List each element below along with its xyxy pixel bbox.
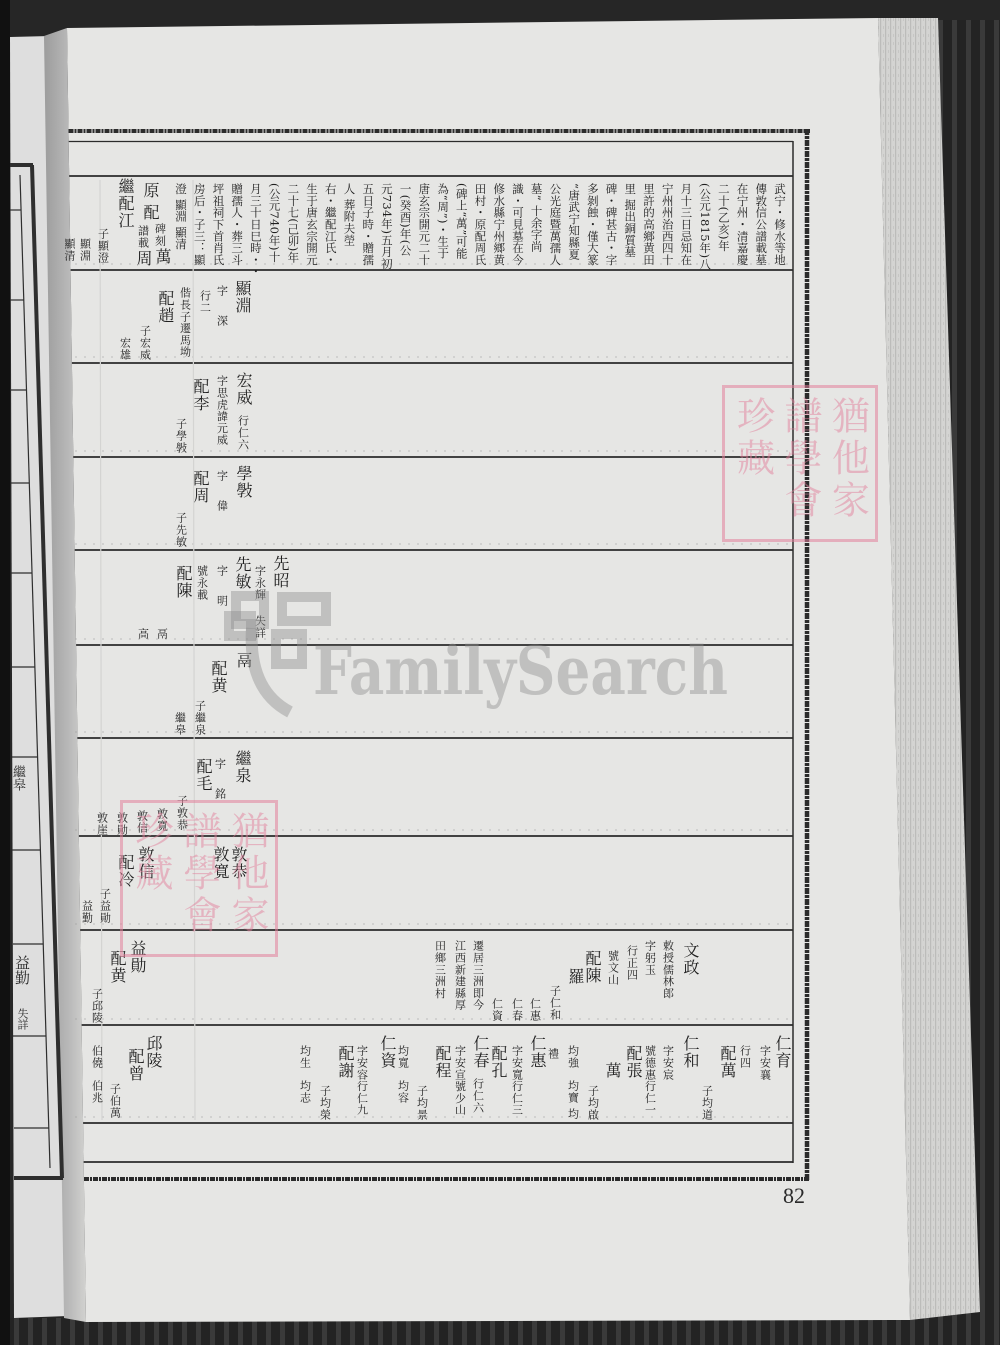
person-name: 仁育: [774, 1035, 790, 1069]
note-column: 里許的高鄉黄田: [643, 183, 655, 271]
official-title: 敕授儒林郎: [663, 940, 674, 999]
note-column: 多剝蝕・僅大篆: [587, 183, 599, 271]
courtesy-name: 字安容行仁九: [357, 1045, 368, 1116]
note-column: 一(癸酉)年(公: [400, 183, 412, 271]
note-column: (碑上“萬”可能: [456, 183, 468, 271]
ancestor-biography-note: 武宁・修水等地 傳敦信公譜載墓 在宁州・清嘉慶 二十(乙亥)年 (公元1815年…: [175, 183, 786, 271]
note-column: 贈孺人・葬三斗: [231, 183, 243, 271]
note-column: 修水縣宁州鄉黄: [493, 183, 505, 271]
art-name: 號德惠行仁一: [645, 1045, 656, 1116]
courtesy-name: 字安宣號少山: [455, 1045, 466, 1116]
note-column: 傳敦信公譜載墓: [755, 183, 767, 271]
courtesy-name: 字 深: [217, 285, 228, 330]
spouse-name: 配程: [434, 1045, 450, 1079]
note-column: 田村・原配周氏: [475, 183, 487, 271]
child-name: 仁資: [492, 998, 503, 1022]
child-name: 均生: [300, 1045, 311, 1069]
children-list: 子伯萬: [110, 1083, 121, 1118]
collection-seal-stamp: 猶他家 譜學會 珍藏: [722, 385, 878, 542]
person-name: 仁資: [379, 1035, 395, 1069]
person-name: 顯淵: [234, 280, 250, 314]
courtesy-name: 字躬玉: [645, 940, 656, 975]
note-column: 在宁州・清嘉慶: [737, 183, 749, 271]
children-list: 子仁和: [550, 985, 561, 1020]
children-list: 子繼泉: [195, 700, 206, 735]
spouse-name: 萬: [604, 1062, 620, 1079]
spouse-name: 配趙: [157, 290, 173, 324]
seal-text-column: 猶他家: [825, 396, 869, 531]
child-name: 顯清: [64, 238, 75, 262]
courtesy-name: 字安宸: [663, 1045, 674, 1080]
person-name: 仁春: [472, 1035, 488, 1069]
child-name: 仁春: [512, 998, 523, 1022]
child-name: 均志: [300, 1080, 311, 1104]
courtesy-name: 字 明: [217, 565, 228, 610]
children-list: 子宏威: [140, 325, 151, 360]
spouse-label: 原配: [142, 182, 158, 226]
courtesy-name: 字安寬行仁三: [512, 1045, 523, 1116]
person-name: 先敏: [234, 556, 250, 590]
note-column: 為“周”)・生于: [437, 183, 449, 271]
spouse-name: 周: [135, 250, 151, 267]
seal-text-column: 猶他家: [225, 811, 269, 946]
note-column: 武宁・修水等地: [774, 183, 786, 271]
child-name: 益勤: [82, 900, 93, 924]
spouse-name: 配毛: [195, 758, 211, 792]
note-column: 公光庭暨萬孺人: [549, 183, 561, 271]
migration-note: 田鄉三洲村: [435, 940, 446, 999]
seal-text-column: 譜學會: [177, 811, 221, 946]
spouse-name: 配黄: [210, 660, 226, 694]
spouse-name: 配周: [192, 470, 208, 504]
migration-note: 江西新建縣厚: [455, 940, 466, 1011]
person-name: 鬲: [235, 652, 251, 669]
art-name: 號永載: [197, 565, 208, 600]
courtesy-name: 字 銘: [215, 758, 226, 803]
note-column: 房后・子三：顯: [194, 183, 206, 271]
note-column: 生于唐玄宗開元: [306, 183, 318, 271]
seal-text-column: 珍藏: [129, 811, 173, 946]
spouse-name: 萬: [154, 248, 170, 265]
person-name: 邱陵: [145, 1035, 161, 1069]
courtesy-name: 字思虎諱元威: [217, 375, 228, 446]
note-column: 澄 顯淵 顯清: [175, 183, 187, 271]
spouse-name: 配謝: [337, 1045, 353, 1079]
child-name: 鬲: [157, 628, 168, 640]
children-list: 子邱陵: [92, 988, 103, 1023]
note-column: 唐玄宗開元二十: [418, 183, 430, 271]
seal-text-column: 珍藏: [731, 396, 775, 531]
person-name: 學斅: [235, 465, 251, 499]
person-name: 仁惠: [529, 1035, 545, 1069]
courtesy-name: 字安襄: [760, 1045, 771, 1080]
note-column: 里 掘出銅質墓: [624, 183, 636, 271]
birth-order: 行仁六: [238, 415, 249, 450]
child-name: 均寬: [398, 1045, 409, 1069]
note-column: 人 葬附夫塋: [343, 183, 355, 271]
child-name: 伯僥: [92, 1045, 103, 1069]
note-column: 二十(乙亥)年: [718, 183, 730, 271]
child-name: 宏雄: [120, 337, 131, 361]
child-name: 高: [138, 628, 149, 640]
note-column: 元734年)五月初: [381, 183, 393, 271]
spouse-note: 碑刻: [155, 223, 166, 247]
spouse-name: 配孔: [490, 1045, 506, 1079]
note-column: 識・可見墓在今: [512, 183, 524, 271]
children-list: 子均道: [702, 1085, 713, 1120]
spouse-name: 配陳: [584, 950, 600, 984]
child-name: 均: [568, 1108, 579, 1120]
person-name: 繼泉: [234, 750, 250, 784]
child-name: 敦崖: [97, 812, 108, 836]
person-name: 宏威: [235, 372, 251, 406]
person-name: 文政: [682, 942, 698, 976]
children-list: 子學斅: [176, 418, 187, 453]
note-column: 五日子時・贈孺: [362, 183, 374, 271]
child-name: 禮: [548, 1048, 559, 1060]
migration-note: 偕長子遷馬坳: [180, 287, 191, 358]
child-name: 顯淵: [80, 238, 91, 262]
children-list: 子均榮: [320, 1085, 331, 1120]
migration-note: 遷居三洲即今: [473, 940, 484, 1011]
birth-order: 行二: [200, 290, 211, 314]
child-name: 均強: [568, 1045, 579, 1069]
birth-order: 行正四: [627, 945, 638, 980]
children-list: 子先敏: [176, 512, 187, 547]
birth-order: 行四: [740, 1045, 751, 1069]
child-name: 伯兆: [92, 1080, 103, 1104]
spouse-name: 羅: [567, 968, 583, 985]
person-name: 仁和: [682, 1035, 698, 1069]
children-list: 子益勛: [100, 888, 111, 923]
spouse-name: 配李: [192, 378, 208, 412]
left-page-entry: 繼皋: [11, 765, 24, 791]
spouse-name: 配曾: [127, 1048, 143, 1082]
seal-text-column: 譜學會: [778, 396, 822, 531]
courtesy-name: 字永輝: [255, 565, 266, 600]
children-list: 子顯澄: [98, 228, 109, 263]
child-name: 繼皋: [175, 712, 186, 736]
child-name: 均容: [398, 1080, 409, 1104]
note-column: 月三十日巳時・・: [250, 183, 262, 271]
page-number: 82: [783, 1183, 805, 1209]
child-name: 仁惠: [530, 998, 541, 1022]
birth-order: 行仁六: [473, 1078, 484, 1113]
note-column: 二十七(己卯)年: [287, 183, 299, 271]
note-column: 墓” 十余字尚: [531, 183, 543, 271]
spouse-name: 配張: [625, 1045, 641, 1079]
children-list: 子均啟: [588, 1085, 599, 1120]
children-list: 子均景: [417, 1085, 428, 1120]
left-page-entry: 益勤: [14, 955, 29, 985]
note-column: “唐武宁知縣夏: [568, 183, 580, 271]
spouse-name: 配陳: [175, 565, 191, 599]
note-column: (公元740年)十: [269, 183, 281, 271]
note-column: 右・繼配江氏・: [325, 183, 337, 271]
second-spouse: 繼配江: [117, 178, 133, 229]
unknown-note: 失詳: [255, 615, 266, 639]
spouse-note: 譜載: [138, 225, 149, 249]
art-name: 號文山: [608, 950, 619, 985]
courtesy-name: 字 偉: [217, 470, 228, 515]
note-column: 月十三日忌知在: [680, 183, 692, 271]
spouse-name: 配萬: [719, 1045, 735, 1079]
note-column: (公元1815年)八: [699, 183, 711, 271]
note-column: 碑・碑甚古・字: [606, 183, 618, 271]
person-name: 先昭: [272, 555, 288, 589]
note-column: 宁州州治西四十: [662, 183, 674, 271]
child-name: 均寶: [568, 1080, 579, 1104]
collection-seal-stamp: 猶他家 譜學會 珍藏: [120, 800, 278, 957]
note-column: 坪祖祠下首肖氏: [212, 183, 224, 271]
left-page-entry: 失詳: [17, 1008, 28, 1030]
